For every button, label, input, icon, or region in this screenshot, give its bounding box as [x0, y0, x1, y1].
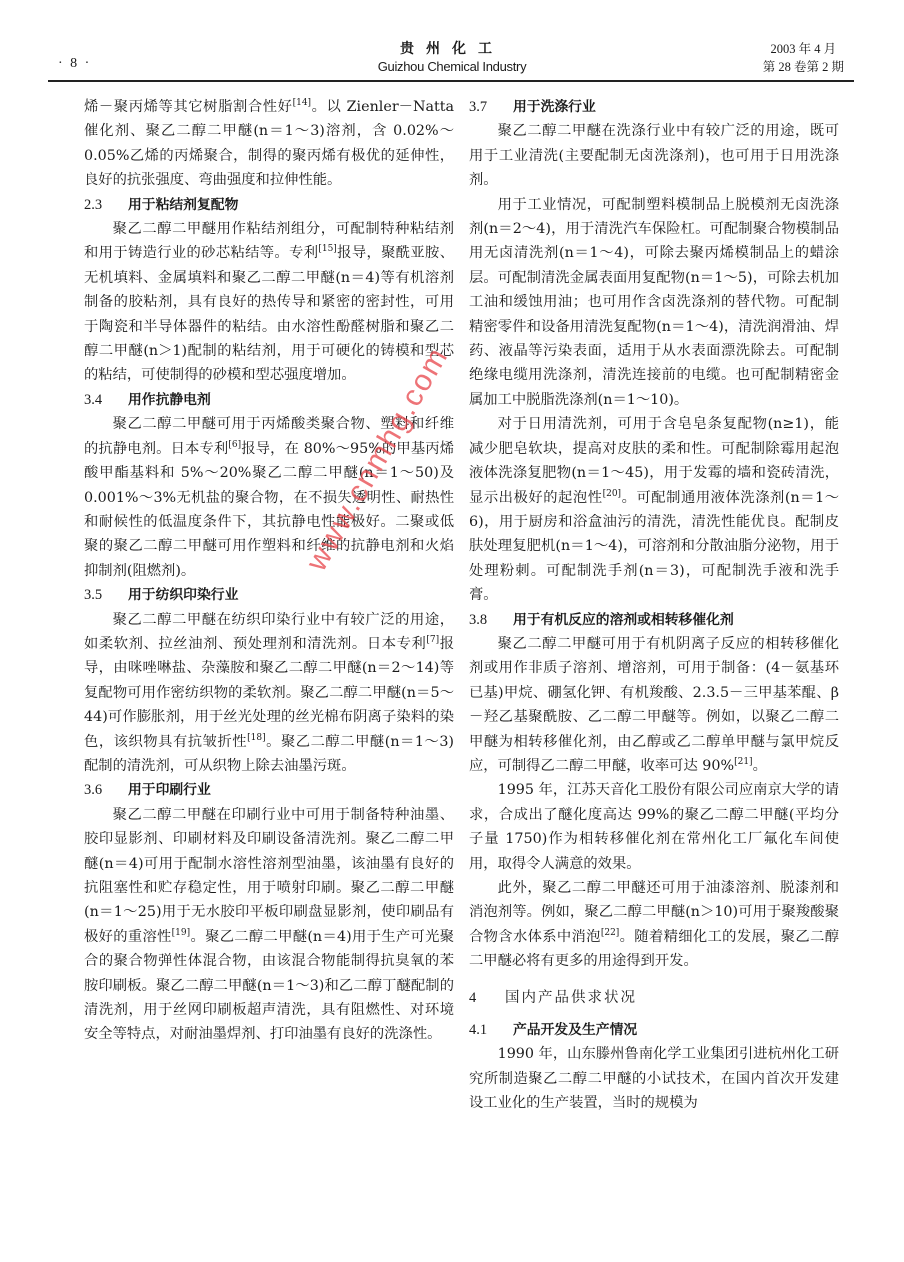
citation: [14] — [293, 98, 311, 108]
paragraph: 1990 年，山东滕州鲁南化学工业集团引进杭州化工研究所制造聚乙二醇二甲醚的小试… — [469, 1042, 839, 1115]
citation: [19] — [172, 928, 190, 938]
citation: [6] — [228, 440, 241, 450]
journal-title-cn: 贵州化工 — [48, 40, 856, 58]
paragraph: 聚乙二醇二甲醚在纺织印染行业中有较广泛的用途，如柔软剂、拉丝油剂、预处理剂和清洗… — [84, 608, 454, 779]
paragraph: 聚乙二醇二甲醚在印刷行业中可用于制备特种油墨、胶印显影剂、印刷材料及印刷设备清洗… — [84, 803, 454, 1047]
page-header: · 8 · 贵州化工 Guizhou Chemical Industry 200… — [48, 36, 856, 82]
paragraph: 1995 年，江苏天音化工股份有限公司应南京大学的请求，合成出了醚化度高达 99… — [469, 778, 839, 876]
citation: [20] — [603, 489, 621, 499]
journal-title-en: Guizhou Chemical Industry — [48, 58, 856, 76]
section-heading-3-5: 3.5用于纺织印染行业 — [84, 583, 454, 607]
section-heading-4: 4国内产品供求状况 — [469, 986, 839, 1010]
paragraph: 用于工业情况，可配制塑料模制品上脱模剂无卤洗涤剂(n＝2～4)，用于清洗汽车保险… — [469, 193, 839, 413]
paragraph: 烯－聚丙烯等其它树脂割合性好[14]。以 Zienler－Natta 催化剂、聚… — [84, 95, 454, 193]
section-heading-2-3: 2.3用于粘结剂复配物 — [84, 193, 454, 217]
left-column: 烯－聚丙烯等其它树脂割合性好[14]。以 Zienler－Natta 催化剂、聚… — [84, 95, 454, 1047]
paragraph: 此外，聚乙二醇二甲醚还可用于油漆溶剂、脱漆剂和消泡剂等。例如，聚乙二醇二甲醚(n… — [469, 876, 839, 974]
paragraph: 聚乙二醇二甲醚可用于有机阴离子反应的相转移催化剂或用作非质子溶剂、增溶剂，可用于… — [469, 632, 839, 778]
citation: [18] — [247, 733, 265, 743]
section-heading-3-4: 3.4用作抗静电剂 — [84, 388, 454, 412]
paragraph: 对于日用清洗剂，可用于含皂皂条复配物(n≥1)，能减少肥皂软块，提高对皮肤的柔和… — [469, 412, 839, 607]
citation: [21] — [734, 757, 752, 767]
journal-title: 贵州化工 Guizhou Chemical Industry — [48, 40, 856, 76]
right-column: 3.7用于洗涤行业 聚乙二醇二甲醚在洗涤行业中有较广泛的用途，既可用于工业清洗(… — [469, 95, 839, 1116]
paragraph: 聚乙二醇二甲醚可用于丙烯酸类聚合物、塑料和纤维的抗静电剂。日本专利[6]报导，在… — [84, 412, 454, 583]
citation: [15] — [318, 245, 336, 255]
paragraph: 聚乙二醇二甲醚用作粘结剂组分，可配制特种粘结剂和用于铸造行业的砂芯粘结等。专利[… — [84, 217, 454, 388]
section-heading-3-7: 3.7用于洗涤行业 — [469, 95, 839, 119]
section-heading-3-6: 3.6用于印刷行业 — [84, 778, 454, 802]
issue-info: 2003 年 4 月 第 28 卷第 2 期 — [763, 40, 844, 76]
header-rule — [48, 80, 854, 82]
paragraph: 聚乙二醇二甲醚在洗涤行业中有较广泛的用途，既可用于工业清洗(主要配制无卤洗涤剂)… — [469, 119, 839, 192]
section-heading-4-1: 4.1产品开发及生产情况 — [469, 1018, 839, 1042]
section-heading-3-8: 3.8用于有机反应的溶剂或相转移催化剂 — [469, 608, 839, 632]
citation: [22] — [601, 928, 619, 938]
issue-date: 2003 年 4 月 — [763, 40, 844, 58]
volume-issue: 第 28 卷第 2 期 — [763, 58, 844, 76]
citation: [7] — [426, 635, 439, 645]
